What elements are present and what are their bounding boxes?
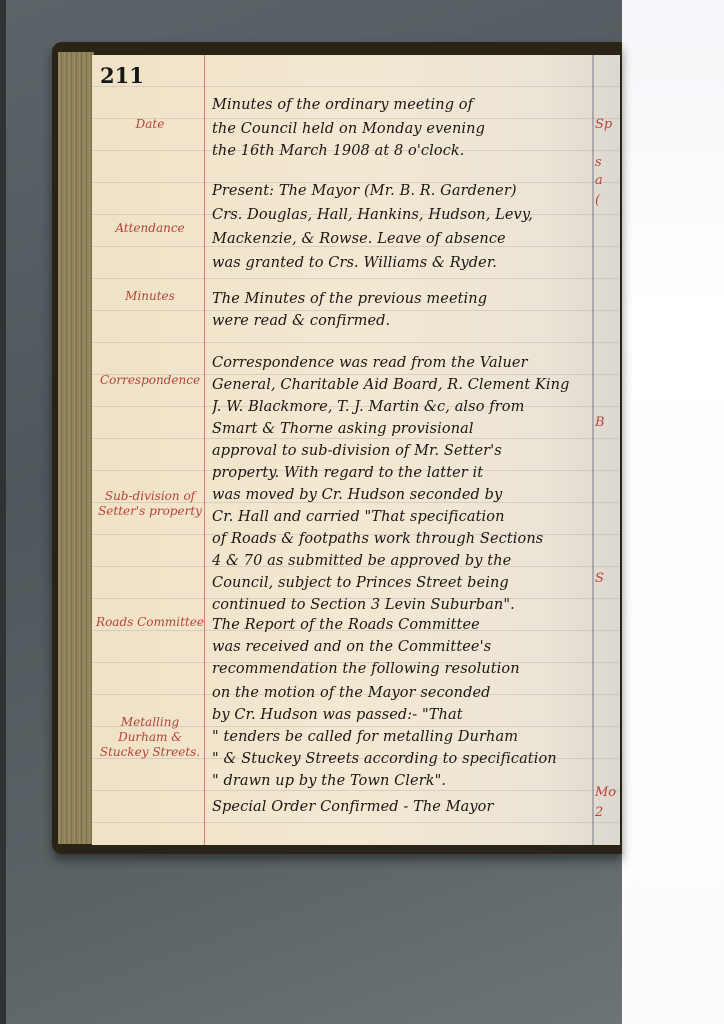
blank-scan-margin <box>622 0 724 1024</box>
facing-page-fragment: 2 <box>595 805 619 820</box>
margin-rule <box>204 55 205 845</box>
body-line: property. With regard to the latter it <box>212 465 590 481</box>
body-line: Smart & Thorne asking provisional <box>212 421 590 437</box>
margin-note-correspondence: Correspondence <box>96 373 204 388</box>
body-line: of Roads & footpaths work through Sectio… <box>212 531 590 547</box>
body-line: the Council held on Monday evening <box>212 121 590 137</box>
body-line: was granted to Crs. Williams & Ryder. <box>212 255 590 271</box>
facing-page-fragment: Sp <box>595 117 619 132</box>
body-line: continued to Section 3 Levin Suburban". <box>212 597 590 613</box>
body-line: approval to sub-division of Mr. Setter's <box>212 443 590 459</box>
body-line: was received and on the Committee's <box>212 639 590 655</box>
meeting-date: the 16th March 1908 at 8 o'clock. <box>212 143 465 159</box>
body-line: Correspondence was read from the Valuer <box>212 355 590 371</box>
minutes-heading: Minutes of the ordinary meeting of <box>212 97 473 113</box>
gutter-fold <box>592 55 594 845</box>
margin-note-attendance: Attendance <box>96 221 204 236</box>
margin-note-metalling: Metalling Durham & Stuckey Streets. <box>96 715 204 760</box>
body-line: General, Charitable Aid Board, R. Clemen… <box>212 377 590 393</box>
margin-note-roads-committee: Roads Committee <box>96 615 204 630</box>
ledger-page: 211 Date Attendance Minutes Corresponden… <box>92 55 620 845</box>
body-line: 4 & 70 as submitted be approved by the <box>212 553 590 569</box>
body-line: " & Stuckey Streets according to specifi… <box>212 751 590 767</box>
body-line: The Minutes of the previous meeting <box>212 291 590 307</box>
scanner-edge <box>0 0 6 1024</box>
body-line: " tenders be called for metalling Durham <box>212 729 590 745</box>
page-edges <box>58 52 94 844</box>
margin-note-minutes: Minutes <box>96 289 204 304</box>
body-line: The Report of the Roads Committee <box>212 617 590 633</box>
facing-page-fragment: S <box>595 571 619 586</box>
body-line: Council, subject to Princes Street being <box>212 575 590 591</box>
body-line: Cr. Hall and carried "That specification <box>212 509 590 525</box>
margin-note-date: Date <box>96 117 204 132</box>
body-line: Present: The Mayor (Mr. B. R. Gardener) <box>212 183 590 199</box>
body-line: the 16th March 1908 at 8 o'clock. <box>212 143 590 159</box>
facing-page-fragment: a <box>595 173 619 188</box>
facing-page-fragment: Mo <box>595 785 619 800</box>
facing-page-fragment: B <box>595 415 619 430</box>
body-line: J. W. Blackmore, T. J. Martin &c, also f… <box>212 399 590 415</box>
body-line: Crs. Douglas, Hall, Hankins, Hudson, Lev… <box>212 207 590 223</box>
body-line: on the motion of the Mayor seconded <box>212 685 590 701</box>
body-line: was moved by Cr. Hudson seconded by <box>212 487 590 503</box>
margin-note-subdivision: Sub-division of Setter's property <box>96 489 204 519</box>
page-number: 211 <box>100 63 144 88</box>
body-line: Mackenzie, & Rowse. Leave of absence <box>212 231 590 247</box>
facing-page-fragment: ( <box>595 193 619 208</box>
minutes-title-line-1: Minutes of the ordinary meeting of <box>212 97 590 113</box>
body-line: by Cr. Hudson was passed:- "That <box>212 707 590 723</box>
body-line: recommendation the following resolution <box>212 661 590 677</box>
body-line: were read & confirmed. <box>212 313 590 329</box>
body-line: " drawn up by the Town Clerk". <box>212 773 590 789</box>
body-line: Special Order Confirmed - The Mayor <box>212 799 590 815</box>
facing-page-fragment: s <box>595 155 619 170</box>
